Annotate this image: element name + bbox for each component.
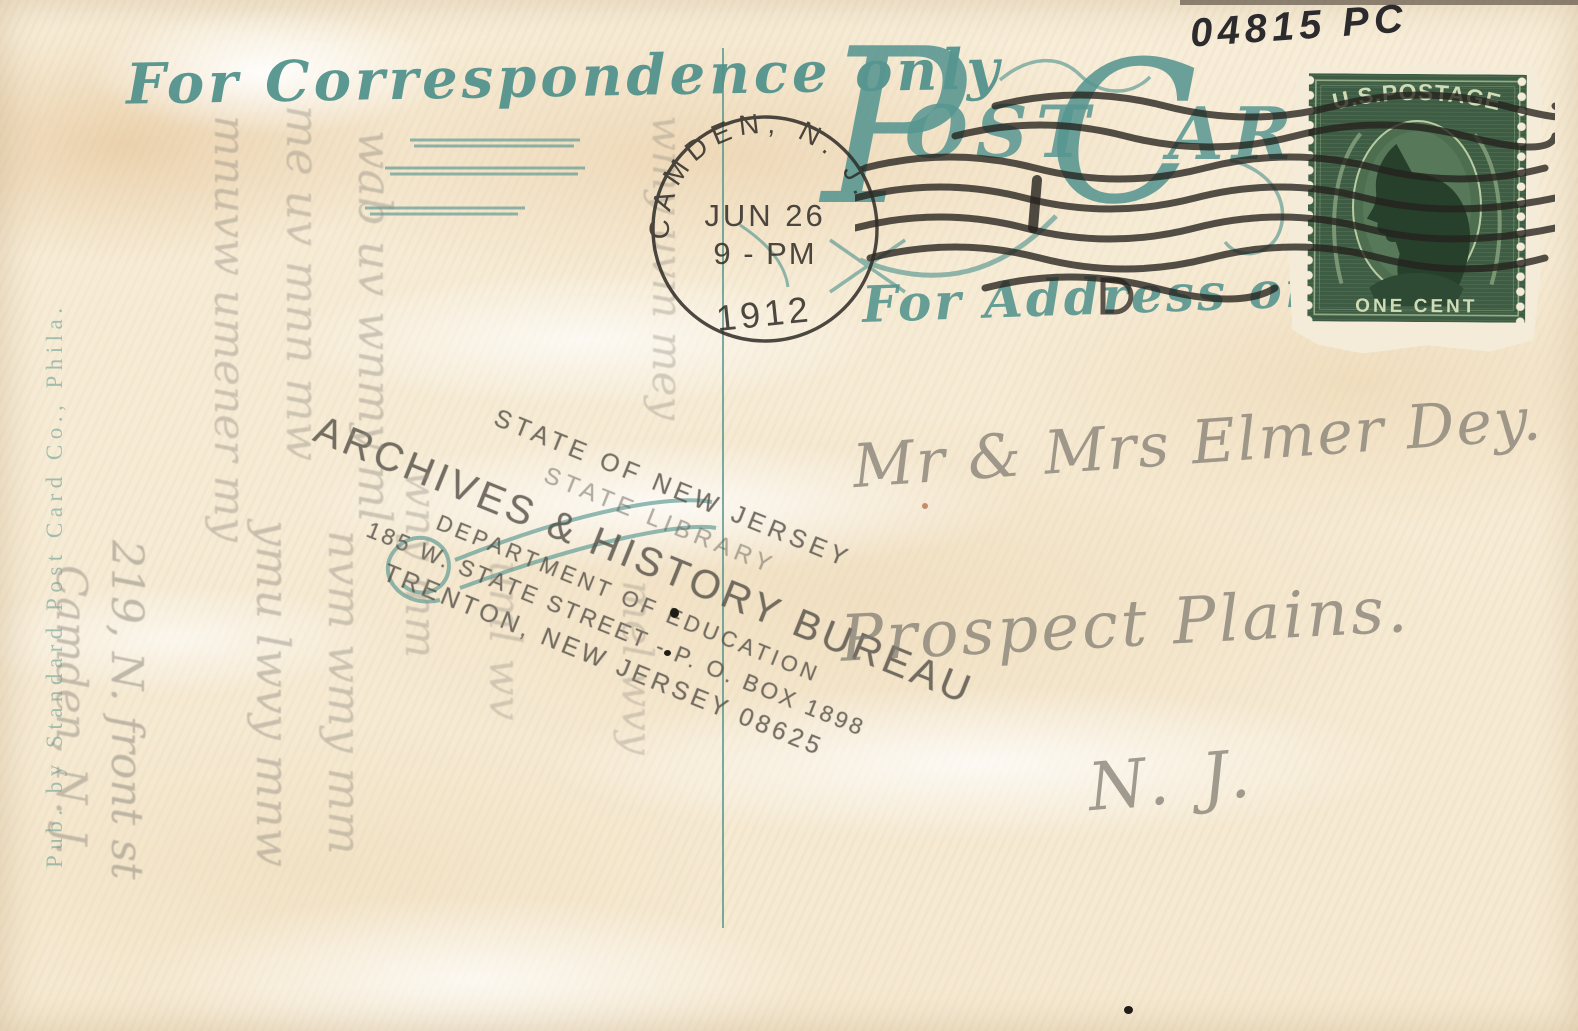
message-column: uml wv bbox=[479, 560, 530, 721]
cancellation-bars bbox=[855, 88, 1555, 318]
message-column: mnuvw umener my bbox=[204, 115, 255, 542]
rust-speck bbox=[922, 503, 928, 509]
postmark: CAMDEN, N. J. JUN 26 9 - PM 1912 bbox=[640, 104, 890, 354]
address-line-state: N. J. bbox=[1085, 735, 1259, 826]
postmark-year: 1912 bbox=[714, 288, 814, 339]
message-column: 219, N. front st bbox=[101, 540, 152, 880]
message-column: wab uv wnmy ml bbox=[348, 130, 402, 523]
ink-speck bbox=[664, 650, 671, 656]
postcard-back: For Correspondence only For Address only… bbox=[0, 0, 1578, 1031]
message-column: Camden, N. J. bbox=[47, 565, 96, 855]
postmark-time: 9 - PM bbox=[713, 236, 816, 271]
message-column: me uv mnn mw bbox=[276, 105, 330, 461]
ink-speck bbox=[670, 608, 679, 618]
message-column: nvm wmy mm bbox=[318, 530, 372, 855]
message-column: wny mm bbox=[395, 470, 446, 658]
cancel-station-letter bbox=[1103, 280, 1131, 312]
message-column: ymu lwvy mnw bbox=[246, 520, 300, 867]
ink-speck bbox=[1124, 1006, 1133, 1014]
scan-edge-shadow bbox=[1180, 0, 1578, 5]
message-column: mel wvy bbox=[613, 580, 662, 755]
catalog-number: 04815 PC bbox=[1189, 0, 1410, 57]
cancel-station-numeral bbox=[1033, 180, 1037, 228]
postmark-date: JUN 26 bbox=[704, 198, 825, 233]
